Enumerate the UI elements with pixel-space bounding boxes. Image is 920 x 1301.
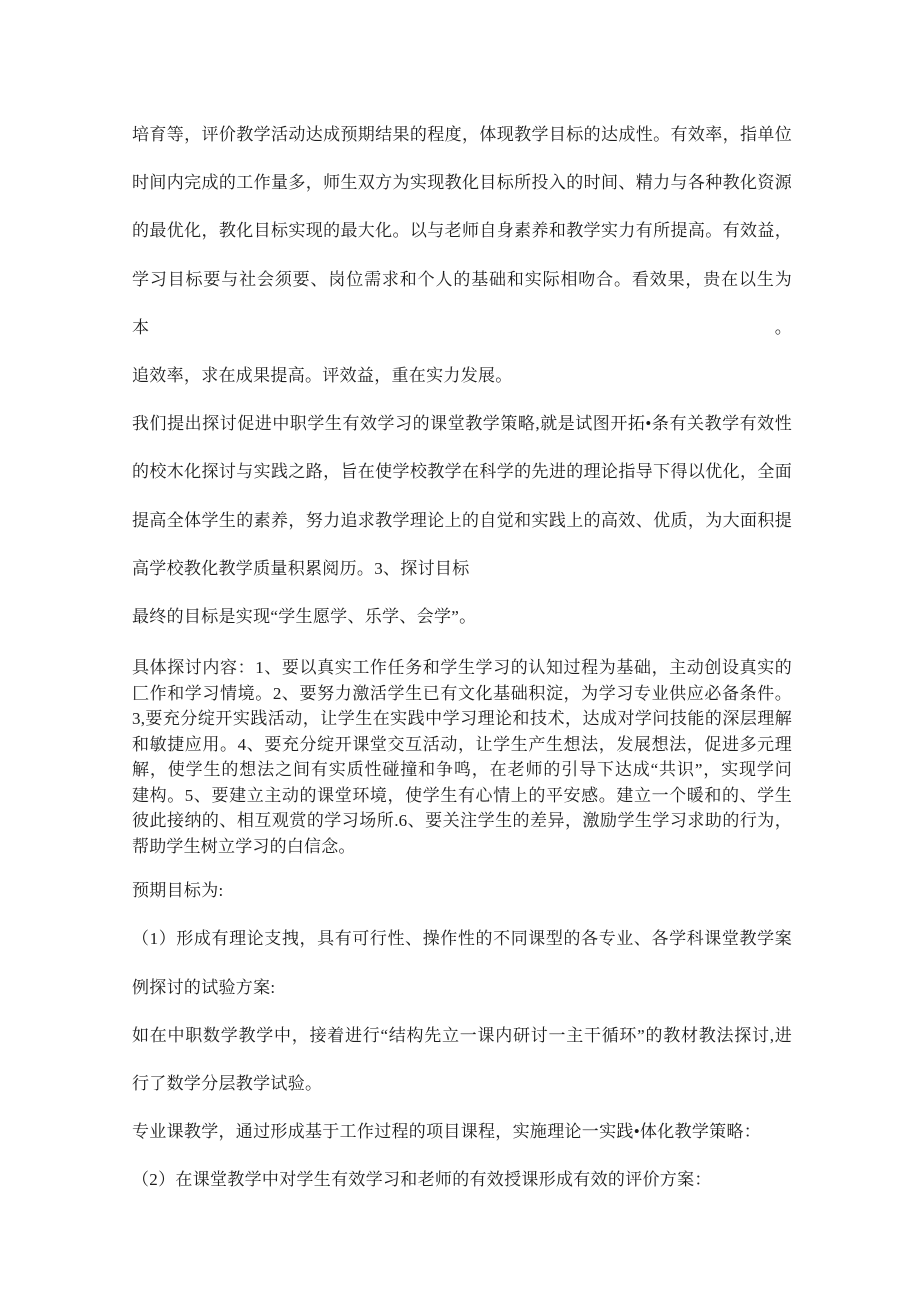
text-line: 我们提出探讨促进中职学生有效学习的课堂教学策略,就是试图开拓•条有关教学有效性	[132, 400, 792, 448]
text-line: 建构。5、要建立主动的课堂环境，使学生有心情上的平安感。建立一个暖和的、学生	[132, 783, 792, 809]
paragraph-research-content: 具体探讨内容：1、要以真实工作任务和学生学习的认知过程为基础，主动创设真实的匚作…	[132, 655, 792, 859]
text-line: （1）形成有理论支拽，具有可行性、操作性的不同课型的各专业、各学科课堂教学案	[132, 915, 792, 963]
text-line: 如在中职数学教学中，接着进行“结构先立一课内研讨一主干循环”的教材教法探讨,进	[132, 1012, 792, 1060]
text-line: 3,要充分绽开实践活动，让学生在实践中学习理论和技术，达成对学问技能的深层理解	[132, 706, 792, 732]
text-line: 具体探讨内容：1、要以真实工作任务和学生学习的认知过程为基础，主动创设真实的	[132, 655, 792, 681]
document-page: 培育等，评价教学活动达成预期结果的程度，体现教学目标的达成性。有效率，指单位时间…	[0, 0, 920, 1301]
text-line: 提高全体学生的素养，努力追求教学理论上的自觉和实践上的高效、优质，为大面积提	[132, 497, 792, 545]
text-line: 最终的目标是实现“学生愿学、乐学、会学”。	[132, 593, 792, 641]
text-line: 例探讨的试验方案:	[132, 964, 792, 1012]
text-line: 帮助学生树立学习的白信念。	[132, 834, 792, 860]
text-line: 预期目标为:	[132, 867, 792, 915]
paragraph-effectiveness-overview: 培育等，评价教学活动达成预期结果的程度，体现教学目标的达成性。有效率，指单位时间…	[132, 111, 792, 641]
text-line: 专业课教学，通过形成基于工作过程的项目课程，实施理论一实践•体化教学策略：	[132, 1108, 792, 1156]
text-line: 培育等，评价教学活动达成预期结果的程度，体现教学目标的达成性。有效率，指单位	[132, 111, 792, 159]
text-line: 彼此接纳的、相互观赏的学习场所.6、要关注学生的差异，激励学生学习求助的行为，	[132, 808, 792, 834]
text-line: 的校木化探讨与实践之路，旨在使学校教学在科学的先进的理论指导下得以优化，全面	[132, 448, 792, 496]
text-line: 学习目标要与社会须要、岗位需求和个人的基础和实际相吻合。看效果，贵在以生为本。	[132, 256, 792, 352]
text-line: 高学校教化教学质量积累阅历。3、探讨目标	[132, 545, 792, 593]
text-line: 和敏捷应用。4、要充分绽开课堂交互活动，让学生产生想法，发展想法，促进多元理	[132, 732, 792, 758]
paragraph-expected-goals: 预期目标为:（1）形成有理论支拽，具有可行性、操作性的不同课型的各专业、各学科课…	[132, 867, 792, 1204]
text-line: 解，使学生的想法之间有实质性碰撞和争鸣，在老师的引导下达成“共识”，实现学问	[132, 757, 792, 783]
text-line: 匚作和学习情境。2、要努力激活学生已有文化基础积淀，为学习专业供应必备条件。	[132, 681, 792, 707]
text-line: 追效率，求在成果提高。评效益，重在实力发展。	[132, 352, 792, 400]
text-line: 行了数学分层教学试验。	[132, 1060, 792, 1108]
text-line: 的最优化，教化目标实现的最大化。以与老师自身素养和教学实力有所提高。有效益，	[132, 207, 792, 255]
text-line: （2）在课堂教学中对学生有效学习和老师的有效授课形成有效的评价方案：	[132, 1156, 792, 1204]
text-line: 时间内完成的工作量多，师生双方为实现教化目标所投入的时间、精力与各种教化资源	[132, 159, 792, 207]
document-text-column: 培育等，评价教学活动达成预期结果的程度，体现教学目标的达成性。有效率，指单位时间…	[132, 111, 792, 1205]
